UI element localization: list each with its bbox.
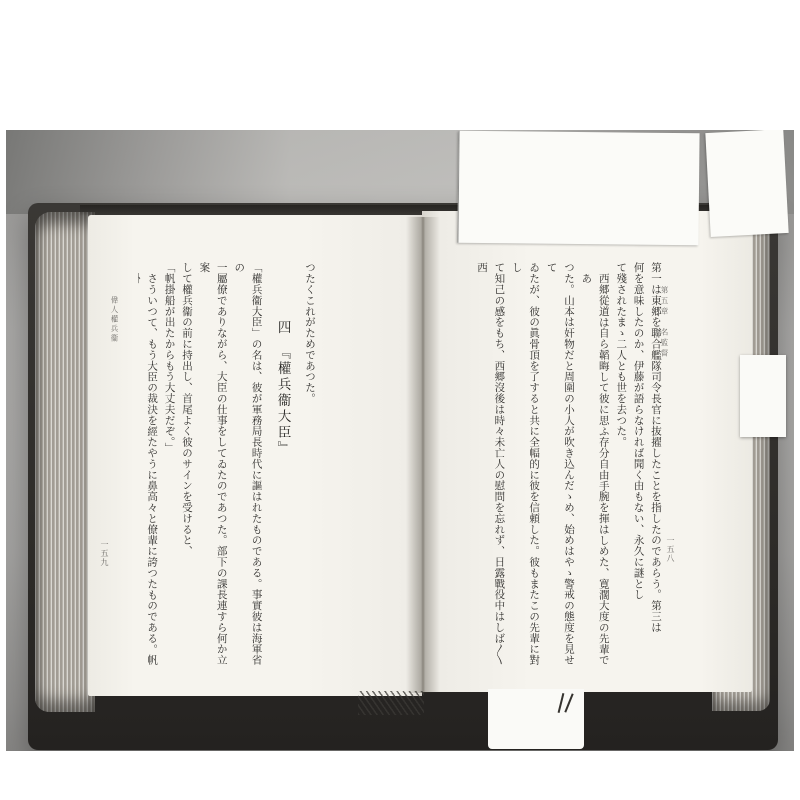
text-column: て殘されたまゝ二人とも世を去つた。 — [612, 262, 629, 666]
text-column: 「權兵衞大臣」の名は、彼が軍務局長時代に謳はれたものである。事實彼は海軍省の — [230, 262, 265, 666]
text-column: して權兵衞の前に持出し、首尾よく彼のサインを受けると、 — [178, 262, 195, 666]
book-photo — [6, 130, 794, 751]
binding-threads — [358, 691, 424, 715]
text-column: 西郷從道は自ら韜晦して彼に思ふ存分自由手腕を揮はしめた、寛濶大度の先輩であ — [577, 262, 612, 666]
text-column: さういつて、もう大臣の裁決を經たやうに鼻高々と僚輩に誇つたものである。帆掛 — [138, 262, 160, 666]
slip-mark — [564, 693, 573, 712]
text-column: ゐたが、彼の眞骨頂を了すると共に全幅的に彼を信頼した。彼もまたこの先輩に對し — [507, 262, 542, 666]
text-column: 第一は東郷を聯合艦隊司令長官に抜擢したことを指したのであらう。第三は — [647, 262, 664, 666]
gutter-shadow — [406, 217, 440, 693]
running-title: 偉人權兵衞 — [109, 296, 120, 344]
slip-mark — [558, 693, 565, 713]
left-page-text: つたくこれがためであつた。 四 『權兵衞大臣』 「權兵衞大臣」の名は、彼が軍務局… — [138, 262, 318, 666]
chapter-heading: 四 『權兵衞大臣』 — [272, 262, 294, 666]
text-column: 「帆掛船が出たからもう大丈夫だぞ。」 — [160, 262, 177, 666]
page-number: 一五九 — [99, 540, 110, 567]
text-column: つた。山本は奸物だと周圍の小人が吹き込んだゝめ、始めはやゝ警戒の態度を見せて — [542, 262, 577, 666]
right-page-text: 第一は東郷を聯合艦隊司令長官に抜擢したことを指したのであらう。第三は 何を意味し… — [470, 262, 664, 666]
text-column: 郷の墓所に詣つて、報告を怠らなかつたものである。 — [470, 262, 473, 666]
left-page-edges — [35, 212, 95, 712]
loose-paper-sheet — [705, 130, 788, 237]
loose-paper-sheet — [457, 131, 699, 246]
bottom-paper-slip — [488, 689, 584, 749]
bookmark-tab — [740, 355, 786, 437]
text-column: 一屬僚でありながら、大臣の仕事をしてゐたのであつた。部下の課長連すら何か立案 — [195, 262, 230, 666]
page-number: 一五八 — [665, 536, 676, 563]
text-column: 何を意味したのか、伊藤が語らなければ聞く由もない、永久に謎とし — [629, 262, 646, 666]
text-column: つたくこれがためであつた。 — [301, 262, 318, 666]
text-column: て知己の感をもち、西郷沒後は時々未亡人の慰問を忘れず、日露戰役中はしば〳〵西 — [473, 262, 508, 666]
